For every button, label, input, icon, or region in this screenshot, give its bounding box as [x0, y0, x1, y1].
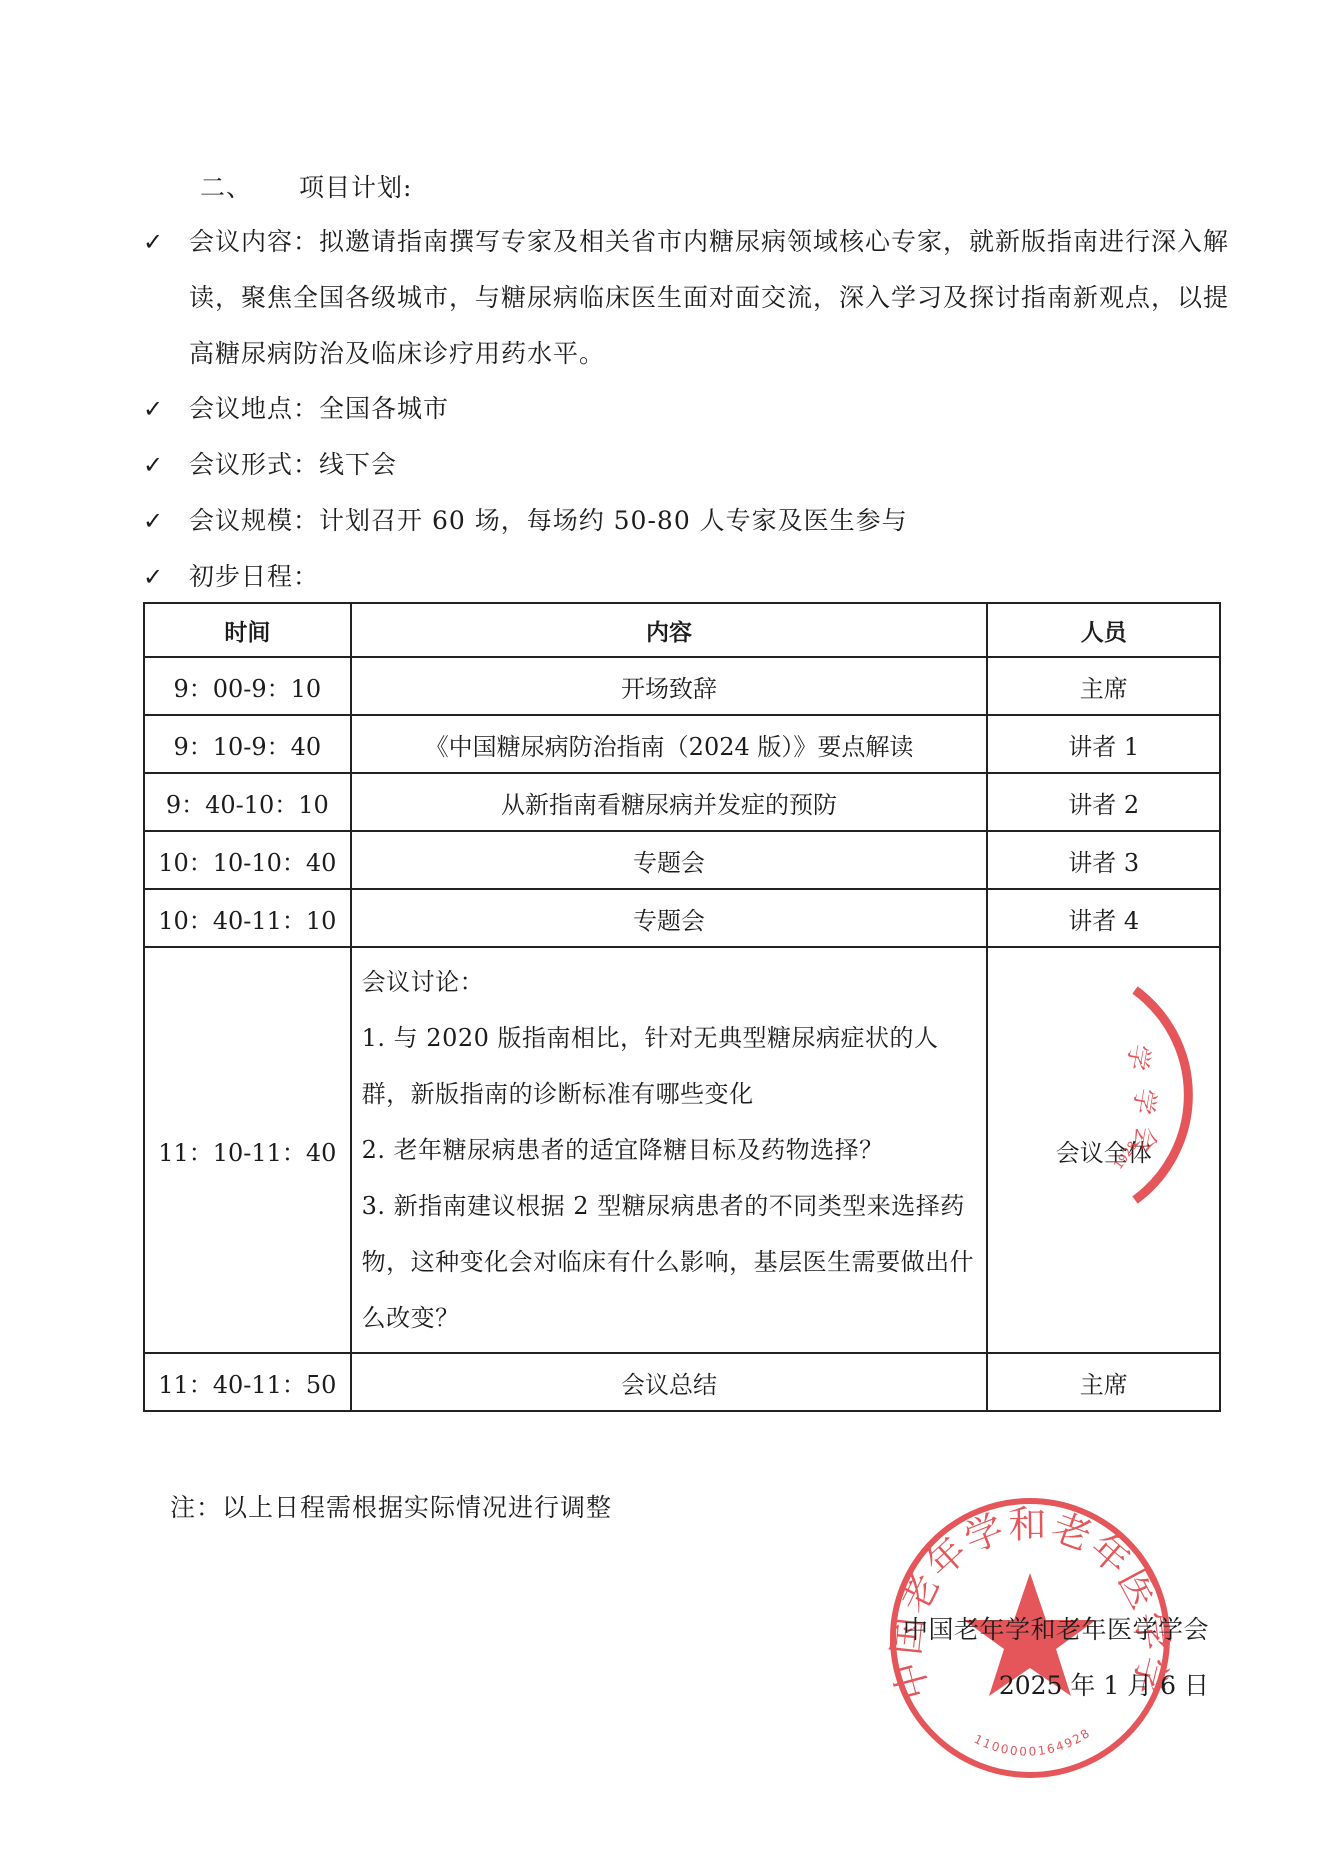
cell-time: 10：40-11：10 — [144, 889, 351, 947]
bullet-text: 会议形式：线下会 — [189, 437, 1233, 493]
section-heading: 二、 项目计划: — [200, 168, 412, 204]
cell-person: 讲者 2 — [987, 773, 1220, 831]
table-row-discussion: 11：10-11：40 会议讨论： 1. 与 2020 版指南相比，针对无典型糖… — [144, 947, 1220, 1353]
discussion-item: 3. 新指南建议根据 2 型糖尿病患者的不同类型来选择药物，这种变化会对临床有什… — [362, 1178, 977, 1346]
discussion-title: 会议讨论： — [362, 954, 977, 1010]
section-title: 项目计划: — [299, 173, 412, 202]
cell-person: 讲者 3 — [987, 831, 1220, 889]
cell-time: 10：10-10：40 — [144, 831, 351, 889]
checkmark-icon: ✓ — [143, 437, 173, 493]
cell-content: 开场致辞 — [351, 657, 988, 715]
schedule-table: 时间 内容 人员 9：00-9：10 开场致辞 主席 9：10-9：40 《中国… — [143, 602, 1221, 1412]
bullet-text: 初步日程： — [189, 549, 1233, 605]
cell-time: 9：40-10：10 — [144, 773, 351, 831]
bullet-meeting-location: ✓ 会议地点：全国各城市 — [143, 381, 1233, 437]
cell-content: 专题会 — [351, 831, 988, 889]
cell-person: 讲者 1 — [987, 715, 1220, 773]
cell-content: 专题会 — [351, 889, 988, 947]
cell-person: 会议全体 — [987, 947, 1220, 1353]
table-row: 9：00-9：10 开场致辞 主席 — [144, 657, 1220, 715]
svg-text:1100000164928: 1100000164928 — [972, 1725, 1094, 1758]
schedule-note: 注：以上日程需根据实际情况进行调整 — [170, 1488, 612, 1524]
checkmark-icon: ✓ — [143, 549, 173, 605]
discussion-item: 1. 与 2020 版指南相比，针对无典型糖尿病症状的人群，新版指南的诊断标准有… — [362, 1010, 977, 1122]
checkmark-icon: ✓ — [143, 381, 173, 437]
checkmark-icon: ✓ — [143, 214, 173, 270]
section-number: 二、 — [200, 173, 252, 202]
issue-date: 2025 年 1 月 6 日 — [999, 1666, 1209, 1702]
bullet-text: 会议地点：全国各城市 — [189, 381, 1233, 437]
cell-content: 从新指南看糖尿病并发症的预防 — [351, 773, 988, 831]
cell-time: 9：00-9：10 — [144, 657, 351, 715]
cell-discussion-content: 会议讨论： 1. 与 2020 版指南相比，针对无典型糖尿病症状的人群，新版指南… — [351, 947, 988, 1353]
cell-content: 《中国糖尿病防治指南（2024 版）》要点解读 — [351, 715, 988, 773]
table-row: 10：40-11：10 专题会 讲者 4 — [144, 889, 1220, 947]
bullet-meeting-format: ✓ 会议形式：线下会 — [143, 437, 1233, 493]
cell-person: 主席 — [987, 1353, 1220, 1411]
cell-time: 9：10-9：40 — [144, 715, 351, 773]
bullet-meeting-content: ✓ 会议内容：拟邀请指南撰写专家及相关省市内糖尿病领域核心专家，就新版指南进行深… — [143, 214, 1233, 382]
table-row: 9：10-9：40 《中国糖尿病防治指南（2024 版）》要点解读 讲者 1 — [144, 715, 1220, 773]
cell-time: 11：10-11：40 — [144, 947, 351, 1353]
cell-person: 主席 — [987, 657, 1220, 715]
table-row: 10：10-10：40 专题会 讲者 3 — [144, 831, 1220, 889]
header-content: 内容 — [351, 603, 988, 657]
header-time: 时间 — [144, 603, 351, 657]
cell-content: 会议总结 — [351, 1353, 988, 1411]
table-header-row: 时间 内容 人员 — [144, 603, 1220, 657]
bullet-text: 会议规模：计划召开 60 场，每场约 50-80 人专家及医生参与 — [189, 493, 1233, 549]
header-person: 人员 — [987, 603, 1220, 657]
issuing-organization: 中国老年学和老年医学学会 — [903, 1610, 1209, 1646]
bullet-meeting-scale: ✓ 会议规模：计划召开 60 场，每场约 50-80 人专家及医生参与 — [143, 493, 1233, 549]
bullet-preliminary-schedule: ✓ 初步日程： — [143, 549, 1233, 605]
table-row: 11：40-11：50 会议总结 主席 — [144, 1353, 1220, 1411]
bullet-text: 会议内容：拟邀请指南撰写专家及相关省市内糖尿病领域核心专家，就新版指南进行深入解… — [189, 214, 1233, 382]
table-row: 9：40-10：10 从新指南看糖尿病并发症的预防 讲者 2 — [144, 773, 1220, 831]
cell-person: 讲者 4 — [987, 889, 1220, 947]
cell-time: 11：40-11：50 — [144, 1353, 351, 1411]
discussion-item: 2. 老年糖尿病患者的适宜降糖目标及药物选择？ — [362, 1122, 977, 1178]
checkmark-icon: ✓ — [143, 493, 173, 549]
